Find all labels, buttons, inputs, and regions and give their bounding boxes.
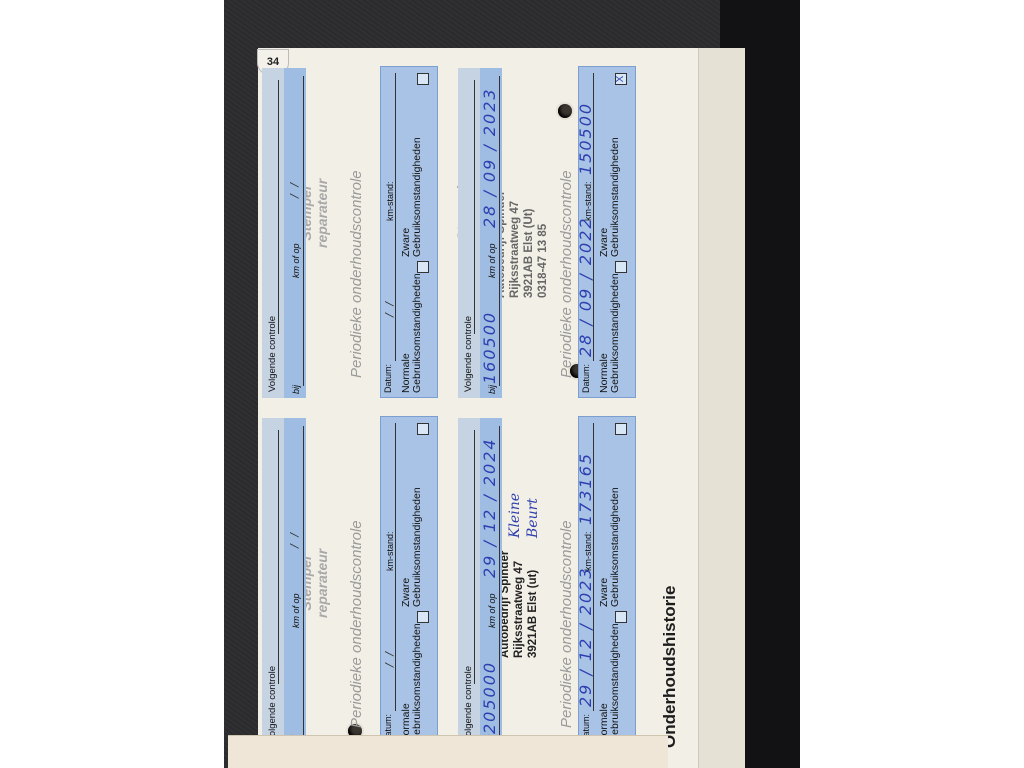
next-date-value: 29 / 12 / 2024 — [480, 437, 499, 578]
kmop-label: km of op — [291, 243, 301, 278]
zware-label: Zware Gebruiksomstandigheden — [401, 457, 423, 607]
next-date-value: / / — [288, 531, 301, 548]
volgende-label: Volgende controle — [267, 316, 278, 392]
zware-checkbox[interactable] — [417, 423, 429, 435]
km-label: km-stand: — [385, 531, 395, 571]
page-title: Onderhoudshistorie — [660, 586, 680, 748]
bij-label: bij — [487, 385, 497, 394]
normale-label: Normale Gebruiksomstandigheden — [599, 273, 621, 393]
booklet-bottom-edge — [228, 735, 668, 768]
section-title: Periodieke onderhoudscontrole — [558, 78, 575, 378]
volgende-label: Volgende controle — [267, 666, 278, 742]
volgende-label: Volgende controle — [463, 666, 474, 742]
next-date-value: / / — [288, 181, 301, 198]
entry-header: Datum: / / km-stand: Normale Gebruiksoms… — [380, 416, 438, 748]
kmop-label: km of op — [487, 243, 497, 278]
next-control-1: Volgende controle bij 160500 km of op 28… — [458, 68, 502, 398]
booklet-page: Onderhoudshistorie 34 Datum: 28 / 09 / 2… — [258, 48, 698, 768]
zware-checkbox[interactable] — [417, 73, 429, 85]
zware-checkbox[interactable] — [615, 423, 627, 435]
stamp-text: Autobedrijf Spinder Rijksstraatweg 47 39… — [498, 551, 540, 658]
entry-header: Datum: 28 / 09 / 2022 km-stand: 150500 N… — [578, 66, 636, 398]
booklet-spine — [698, 48, 745, 768]
zware-checkbox[interactable]: X — [615, 73, 627, 85]
datum-label: Datum: — [383, 364, 393, 393]
datum-label: Datum: — [581, 364, 591, 393]
zware-label: Zware Gebruiksomstandigheden — [599, 107, 621, 257]
next-control-4: Volgende controle bij km of op / / — [262, 418, 306, 748]
km-label: km-stand: — [583, 531, 593, 571]
next-date-value: 28 / 09 / 2023 — [480, 87, 499, 228]
entry-header: Datum: / / km-stand: Normale Gebruiksoms… — [380, 66, 438, 398]
kmop-label: km of op — [291, 593, 301, 628]
zware-label: Zware Gebruiksomstandigheden — [401, 107, 423, 257]
normale-checkbox[interactable] — [417, 611, 429, 623]
kmop-label: km of op — [487, 593, 497, 628]
normale-checkbox[interactable] — [417, 261, 429, 273]
km-label: km-stand: — [583, 181, 593, 221]
handwritten-signature: Kleine Beurt — [506, 493, 542, 538]
maintenance-booklet: Onderhoudshistorie 34 Datum: 28 / 09 / 2… — [258, 48, 698, 768]
section-title: Periodieke onderhoudscontrole — [348, 428, 365, 728]
bij-label: bij — [291, 385, 301, 394]
bij-value: 205000 — [480, 661, 499, 734]
zware-label: Zware Gebruiksomstandigheden — [599, 457, 621, 607]
km-label: km-stand: — [385, 181, 395, 221]
bij-value: 160500 — [480, 311, 499, 384]
normale-label: Normale Gebruiksomstandigheden — [599, 623, 621, 743]
next-control-3: Volgende controle bij km of op / / — [262, 68, 306, 398]
section-title: Periodieke onderhoudscontrole — [558, 428, 575, 728]
normale-label: Normale Gebruiksomstandigheden — [401, 273, 423, 393]
normale-checkbox[interactable] — [615, 261, 627, 273]
normale-label: Normale Gebruiksomstandigheden — [401, 623, 423, 743]
stamp-text: Autobedrijf Spinder Rijksstraatweg 47 39… — [494, 191, 550, 298]
normale-checkbox[interactable] — [615, 611, 627, 623]
volgende-label: Volgende controle — [463, 316, 474, 392]
next-control-2: Volgende controle bij 205000 km of op 29… — [458, 418, 502, 748]
entry-header: Datum: 29 / 12 / 2023 km-stand: 173165 N… — [578, 416, 636, 748]
section-title: Periodieke onderhoudscontrole — [348, 78, 365, 378]
